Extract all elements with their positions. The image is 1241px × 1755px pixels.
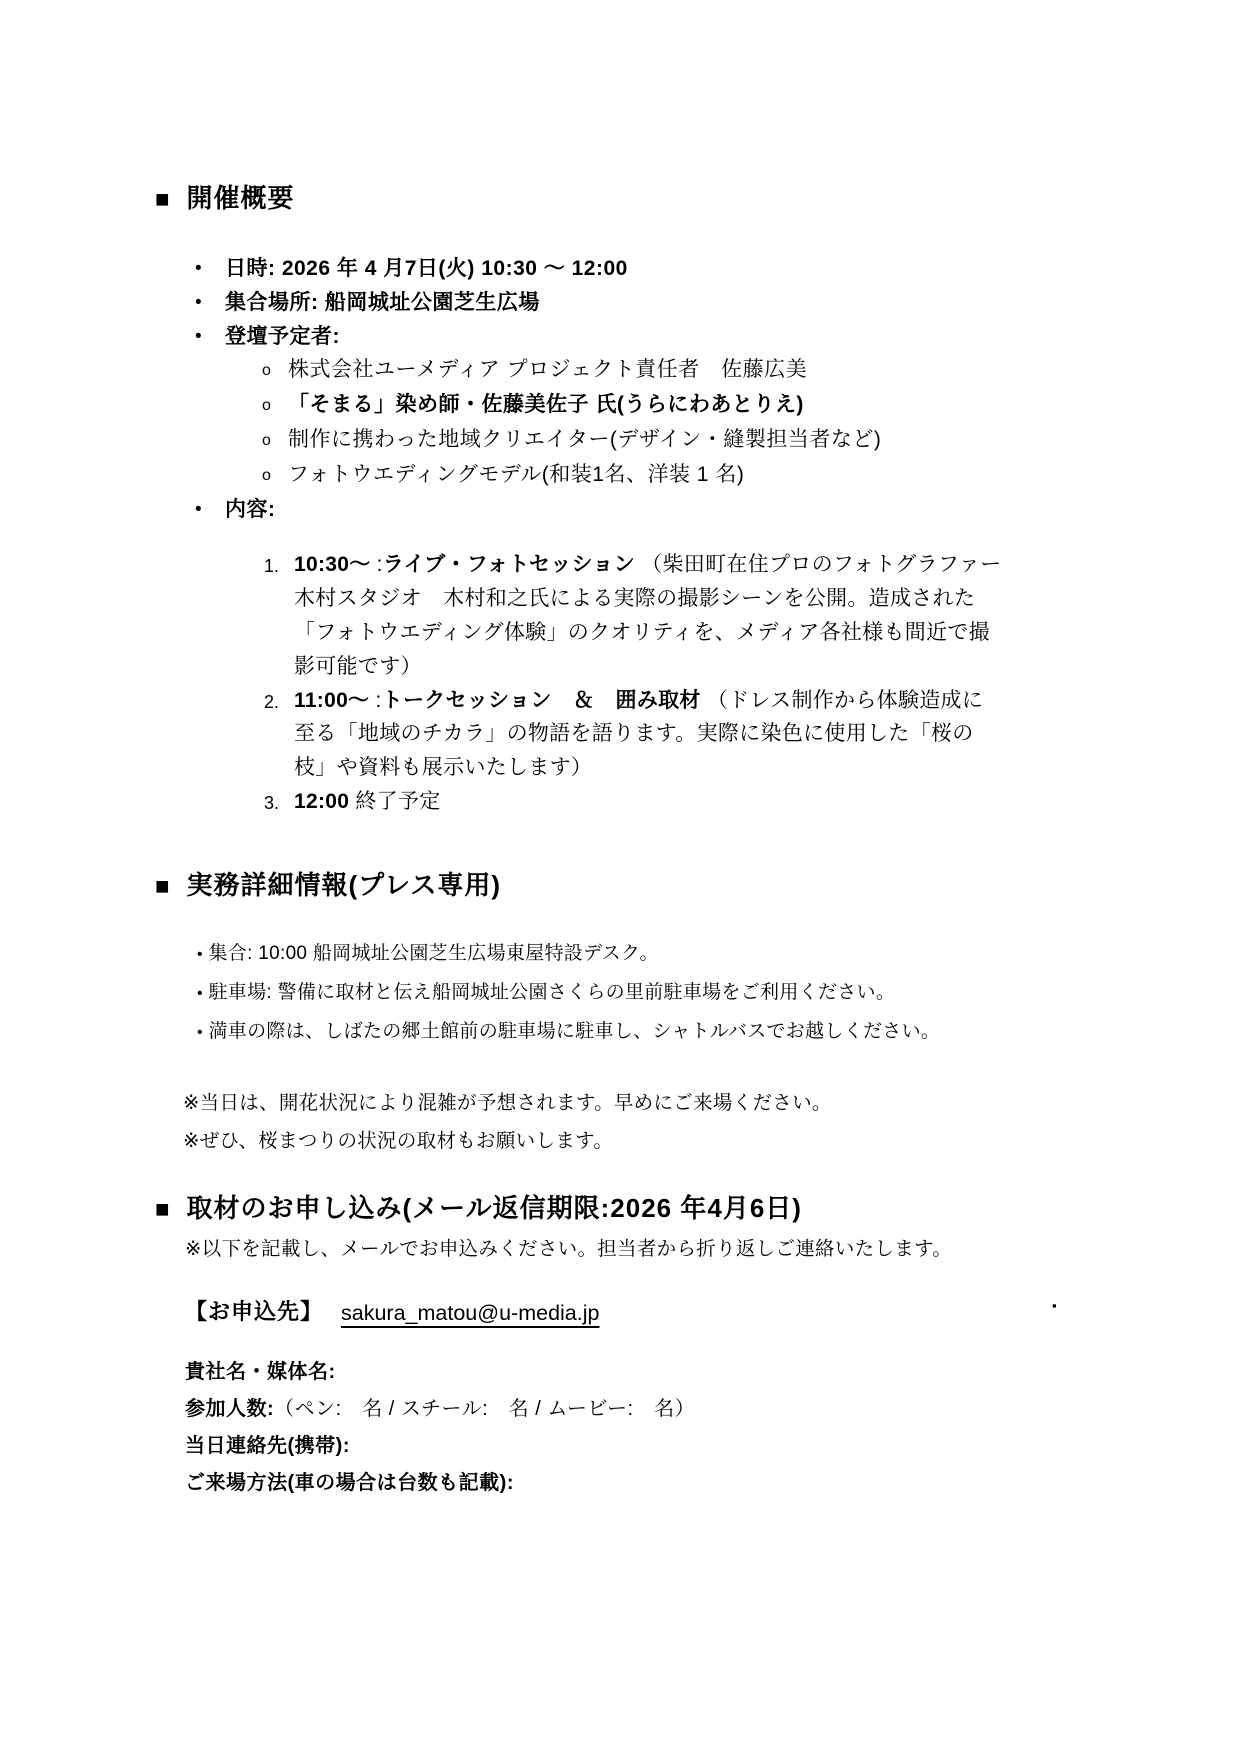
- schedule-body: 12:00 終了予定: [294, 785, 1004, 821]
- document-page: ■開催概要 • 日時: 2026 年 4 月7日(火) 10:30 ～ 12:0…: [0, 0, 1241, 1755]
- application-form-fields: 貴社名・媒体名: 参加人数:（ペン: 名 / スチール: 名 / ムービー: 名…: [155, 1354, 1146, 1502]
- schedule-body: 10:30～ :ライブ・フォトセッション （柴田町在住プロのフォトグラファー 木…: [294, 548, 1004, 683]
- overview-bullet-list: • 日時: 2026 年 4 月7日(火) 10:30 ～ 12:00 • 集合…: [155, 252, 1146, 526]
- section-press-info: ■実務詳細情報(プレス専用) • 集合: 10:00 船岡城址公園芝生広場東屋特…: [155, 867, 1146, 1160]
- press-bullet-item-meeting: • 集合: 10:00 船岡城址公園芝生広場東屋特設デスク。: [155, 935, 1146, 974]
- email-link[interactable]: sakura_matou@u-media.jp: [341, 1301, 599, 1326]
- bullet-item-speakers: • 登壇予定者:: [155, 320, 1146, 354]
- bullet-dot-icon: •: [155, 983, 203, 1002]
- bullet-item-datetime: • 日時: 2026 年 4 月7日(火) 10:30 ～ 12:00: [155, 252, 1146, 286]
- participants-detail: （ペン: 名 / スチール: 名 / ムービー: 名）: [274, 1398, 695, 1420]
- bullet-item-meeting-place: • 集合場所: 船岡城址公園芝生広場: [155, 286, 1146, 320]
- section-heading: ■開催概要: [155, 180, 1146, 218]
- section-heading: ■実務詳細情報(プレス専用): [155, 867, 1146, 905]
- form-line-arrival: ご来場方法(車の場合は台数も記載):: [185, 1465, 1146, 1502]
- section-title: 実務詳細情報(プレス専用): [187, 870, 502, 900]
- circle-bullet-icon: o: [262, 458, 288, 493]
- section-heading: ■取材のお申し込み(メール返信期限:2026 年4月6日): [155, 1190, 1146, 1228]
- form-line-contact: 当日連絡先(携帯):: [185, 1428, 1146, 1465]
- schedule-time: 11:00～: [294, 689, 369, 712]
- bullet-dot-icon: •: [155, 493, 225, 527]
- press-bullet-list: • 集合: 10:00 船岡城址公園芝生広場東屋特設デスク。 • 駐車場: 警備…: [155, 935, 1146, 1052]
- schedule-title: トークセッション ＆ 囲み取材: [382, 689, 701, 712]
- sub-bullet-item-speaker-4: o フォトウエディングモデル(和装1名、洋装 1 名): [155, 458, 1146, 493]
- circle-bullet-icon: o: [262, 353, 288, 388]
- section-application: ■取材のお申し込み(メール返信期限:2026 年4月6日) ※以下を記載し、メー…: [155, 1190, 1146, 1502]
- application-note: ※以下を記載し、メールでお申込みください。担当者から折り返しご連絡いたします。: [155, 1234, 1146, 1264]
- bullet-dot-icon: •: [155, 286, 225, 320]
- circle-bullet-icon: o: [262, 423, 288, 458]
- section-title: 開催概要: [187, 183, 295, 213]
- participants-label: 参加人数:: [185, 1398, 274, 1420]
- sub-bullet-item-speaker-2: o 「そまる」染め師・佐藤美佐子 氏(うらにわあとりえ): [155, 388, 1146, 423]
- schedule-item-2: 2. 11:00～ :トークセッション ＆ 囲み取材 （ドレス制作から体験造成に…: [264, 684, 1146, 785]
- schedule-time: 10:30～: [294, 553, 371, 576]
- schedule-list: 1. 10:30～ :ライブ・フォトセッション （柴田町在住プロのフォトグラファ…: [155, 548, 1146, 820]
- section-marker-icon: ■: [155, 186, 171, 213]
- circle-bullet-icon: o: [262, 388, 288, 423]
- press-bullet-item-parking: • 駐車場: 警備に取材と伝え船岡城址公園さくらの里前駐車場をご利用ください。: [155, 974, 1146, 1013]
- schedule-number: 1.: [264, 548, 294, 683]
- bullet-item-contents: • 内容:: [155, 493, 1146, 527]
- apply-to-label: 【お申込先】: [185, 1295, 323, 1326]
- schedule-description: 終了予定: [349, 790, 440, 813]
- note-line-crowding: ※当日は、開花状況により混雑が予想されます。早めにご来場ください。: [183, 1084, 1146, 1122]
- schedule-number: 2.: [264, 684, 294, 785]
- schedule-separator: :: [371, 553, 383, 576]
- schedule-time: 12:00: [294, 790, 349, 813]
- schedule-title: ライブ・フォトセッション: [383, 553, 635, 576]
- schedule-item-3: 3. 12:00 終了予定: [264, 785, 1146, 821]
- bullet-dot-icon: •: [155, 320, 225, 354]
- sub-bullet-item-speaker-1: o 株式会社ユーメディア プロジェクト責任者 佐藤広美: [155, 353, 1146, 388]
- bullet-dot-icon: •: [155, 252, 225, 286]
- form-line-company: 貴社名・媒体名:: [185, 1354, 1146, 1391]
- apply-to-row: 【お申込先】 sakura_matou@u-media.jp ▪: [155, 1292, 1146, 1326]
- section-marker-icon: ■: [155, 1196, 171, 1223]
- sub-bullet-item-speaker-3: o 制作に携わった地域クリエイター(デザイン・縫製担当者など): [155, 423, 1146, 458]
- small-square-marker-icon: ▪: [1052, 1298, 1057, 1313]
- press-notes: ※当日は、開花状況により混雑が予想されます。早めにご来場ください。 ※ぜひ、桜ま…: [155, 1084, 1146, 1160]
- section-marker-icon: ■: [155, 873, 171, 900]
- note-line-festival: ※ぜひ、桜まつりの状況の取材もお願いします。: [183, 1122, 1146, 1160]
- schedule-body: 11:00～ :トークセッション ＆ 囲み取材 （ドレス制作から体験造成に至る「…: [294, 684, 1004, 785]
- form-line-participants: 参加人数:（ペン: 名 / スチール: 名 / ムービー: 名）: [185, 1391, 1146, 1428]
- section-title: 取材のお申し込み(メール返信期限:2026 年4月6日): [187, 1193, 802, 1223]
- schedule-number: 3.: [264, 785, 294, 821]
- press-bullet-item-shuttle: • 満車の際は、しばたの郷土館前の駐車場に駐車し、シャトルバスでお越しください。: [155, 1013, 1146, 1052]
- section-overview: ■開催概要 • 日時: 2026 年 4 月7日(火) 10:30 ～ 12:0…: [155, 180, 1146, 821]
- bullet-dot-icon: •: [155, 1022, 203, 1041]
- schedule-item-1: 1. 10:30～ :ライブ・フォトセッション （柴田町在住プロのフォトグラファ…: [264, 548, 1146, 683]
- schedule-separator: :: [369, 689, 381, 712]
- bullet-dot-icon: •: [155, 944, 203, 963]
